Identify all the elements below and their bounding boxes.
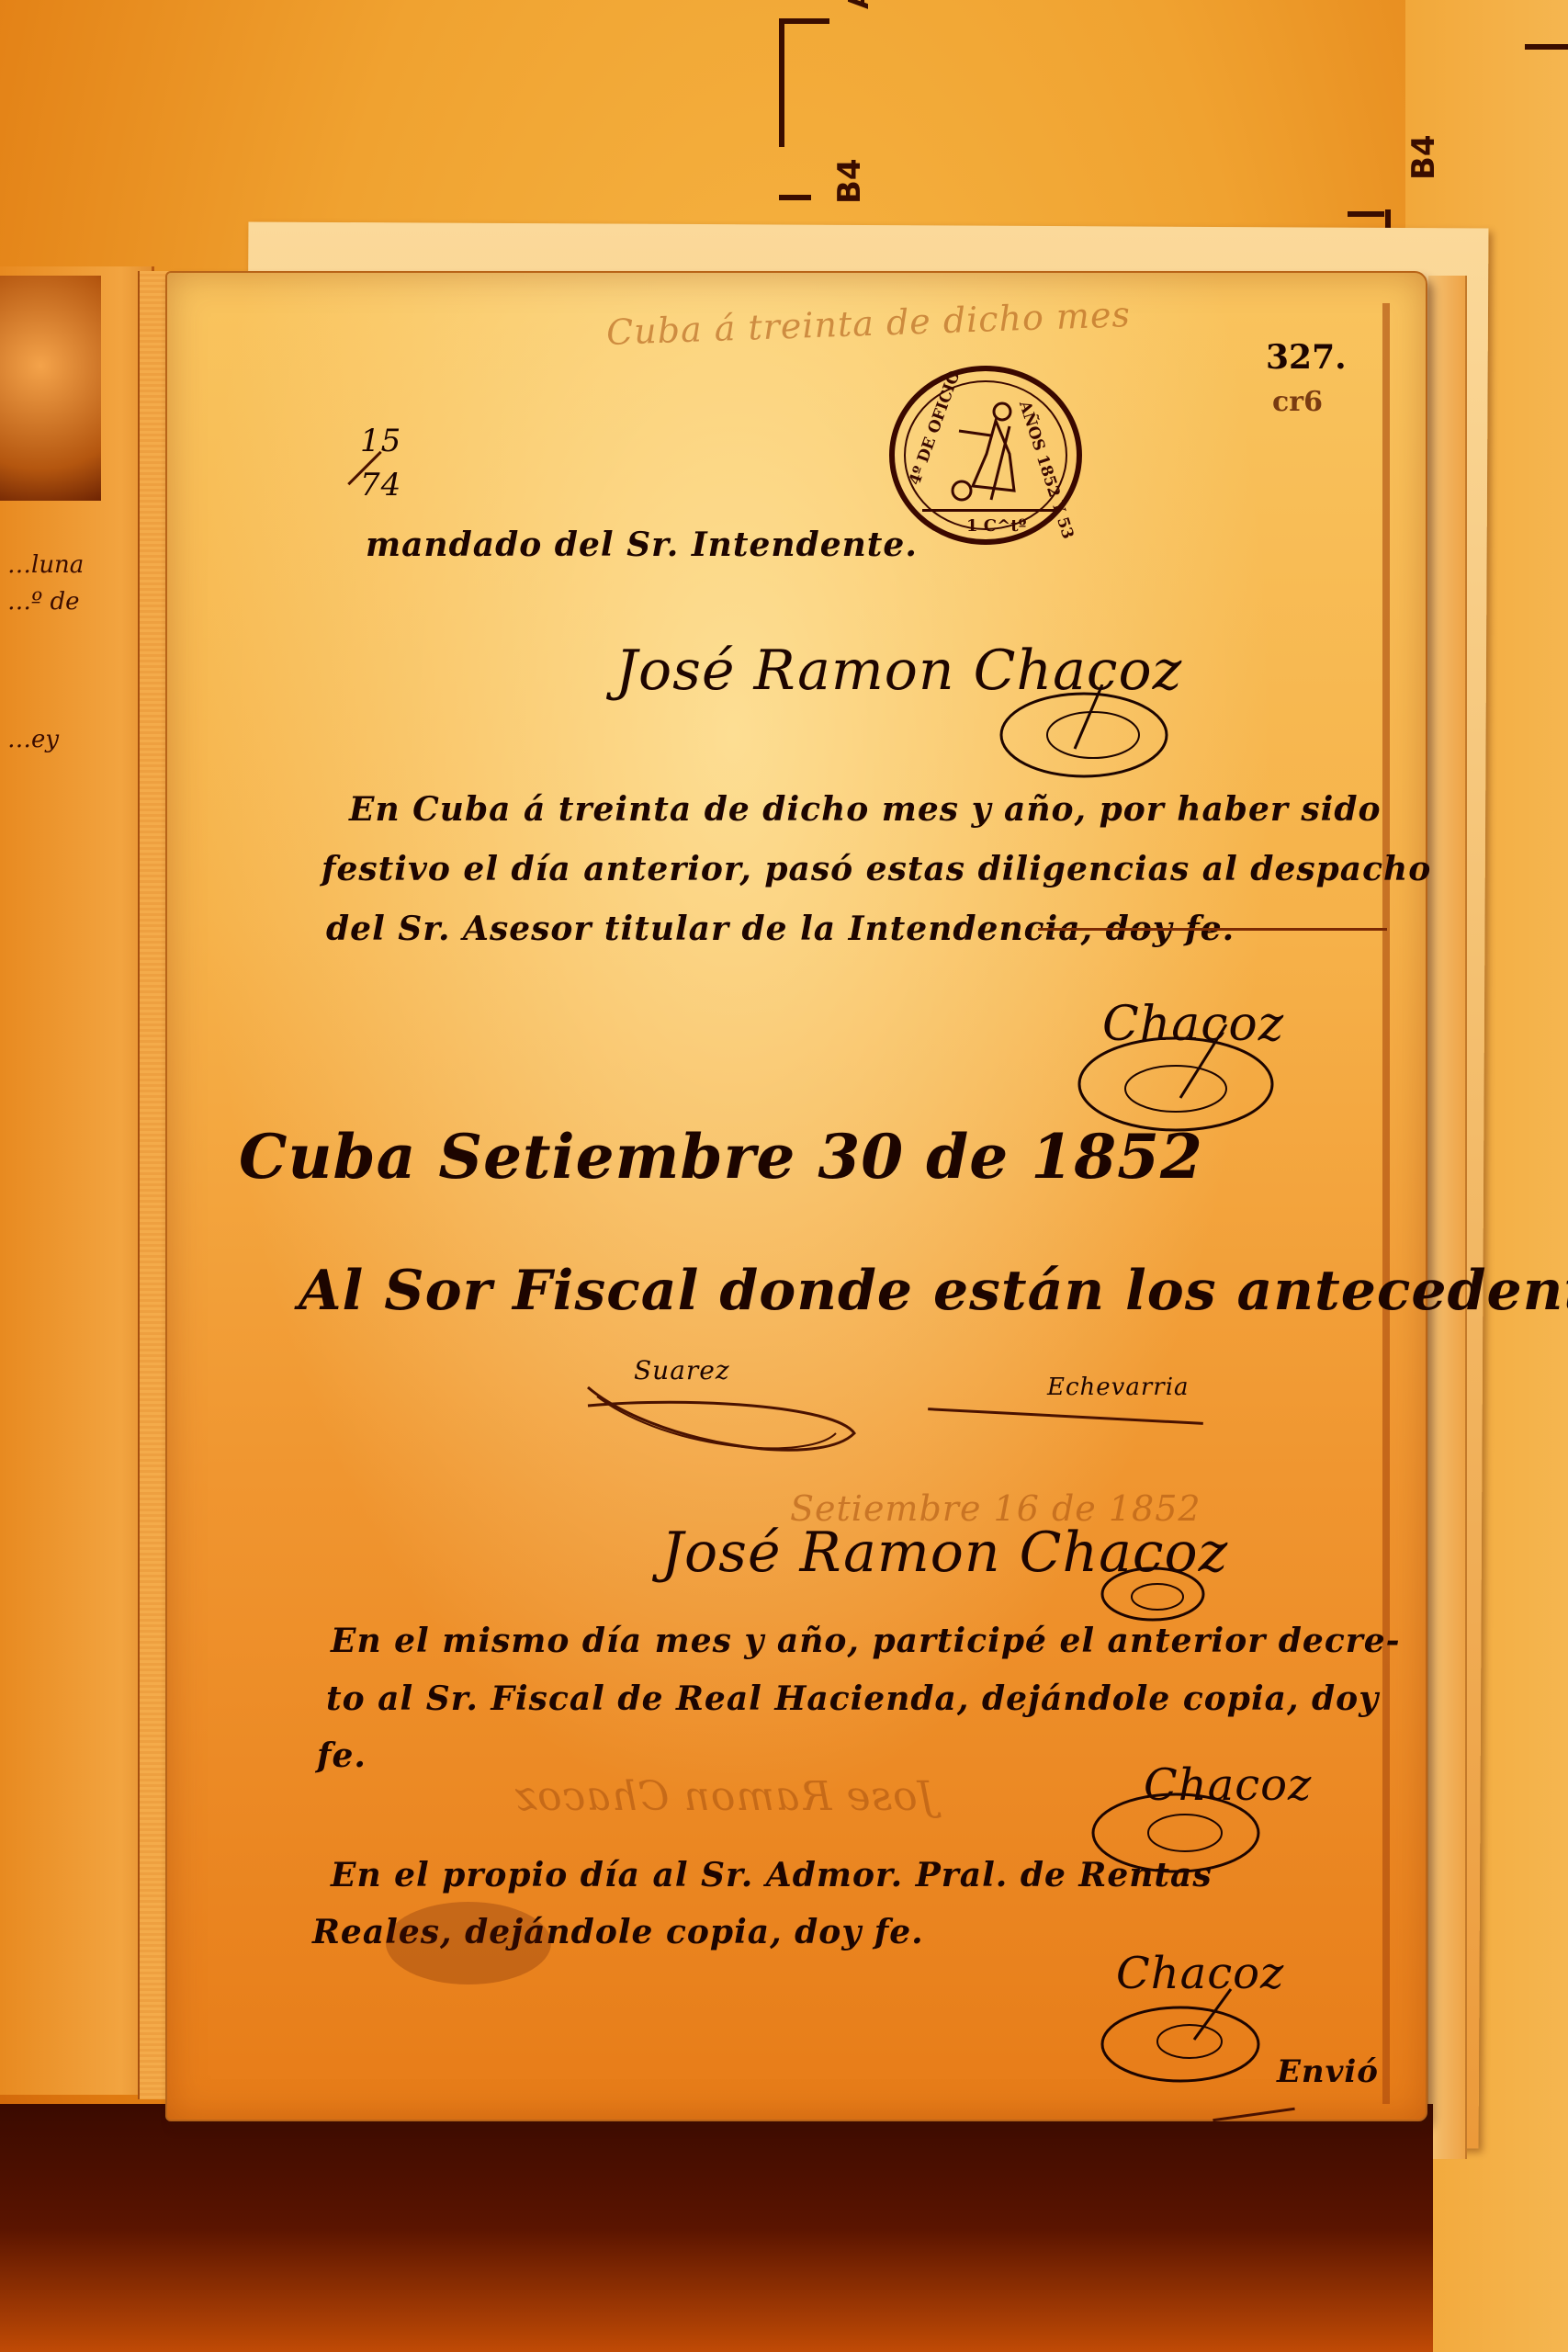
paragraph-line: festivo el día anterior, pasó estas dili… <box>321 850 1431 888</box>
seated-allegorical-figure-icon <box>945 399 1037 509</box>
stamp-value: 1 C^tº <box>966 516 1027 536</box>
backing-strip <box>1428 276 1467 2159</box>
folio-number: 327. <box>1266 338 1347 377</box>
scale-label-a: A <box>843 0 875 9</box>
signature-rubric-icon <box>1093 1984 1277 2086</box>
signature-rubric-icon <box>1070 1024 1281 1135</box>
paragraph-line: En el propio día al Sr. Admor. Pral. de … <box>331 1856 1213 1894</box>
paragraph-line: En el mismo día mes y año, participé el … <box>331 1622 1401 1660</box>
catchword: Envió <box>1277 2053 1379 2090</box>
left-page-fragment: …ey <box>7 726 59 753</box>
tape-patch <box>0 276 101 501</box>
fraction-top: 15 <box>360 423 401 459</box>
signature-rubric-icon <box>992 684 1176 786</box>
page-edge <box>1382 303 1390 2104</box>
left-page-fragment: …º de <box>7 588 80 616</box>
crop-mark <box>1348 211 1384 217</box>
folio-sub-number: cr6 <box>1272 386 1323 418</box>
ink-stain <box>386 1902 551 1984</box>
adjacent-left-page <box>0 266 154 2095</box>
official-seal-stamp: 4º DE OFICIO AÑOS 1852 Y 53 1 C^tº <box>889 366 1082 545</box>
photographed-manuscript: B4 A B4 …luna …º de …ey Cuba á treinta d… <box>0 0 1568 2352</box>
line-filler <box>1038 928 1387 931</box>
paragraph-line: En Cuba á treinta de dicho mes y año, po… <box>349 790 1382 829</box>
scale-label-b4: B4 <box>831 158 868 204</box>
crop-mark <box>779 18 784 147</box>
crop-mark <box>1525 44 1568 50</box>
crop-mark <box>779 195 811 200</box>
text-line: mandado del Sr. Intendente. <box>366 526 918 564</box>
bleed-through-text: Jose Ramon Chacoz <box>514 1773 934 1820</box>
decree-date: Cuba Setiembre 30 de 1852 <box>239 1121 1203 1193</box>
rubric-name-right: Echevarria <box>1047 1374 1190 1401</box>
table-shadow <box>0 2104 1433 2352</box>
fraction-bottom: 74 <box>360 467 401 503</box>
scale-label-b4: B4 <box>1405 134 1442 180</box>
signature-rubric-icon <box>1093 1553 1213 1626</box>
left-page-fragment: …luna <box>7 551 84 579</box>
flourish-icon <box>579 1369 873 1470</box>
crop-mark <box>779 18 829 24</box>
paragraph-line: to al Sr. Fiscal de Real Hacienda, deján… <box>326 1679 1379 1718</box>
paragraph-line: fe. <box>317 1736 367 1775</box>
decree-body: Al Sor Fiscal donde están los antecedent… <box>299 1259 1568 1323</box>
